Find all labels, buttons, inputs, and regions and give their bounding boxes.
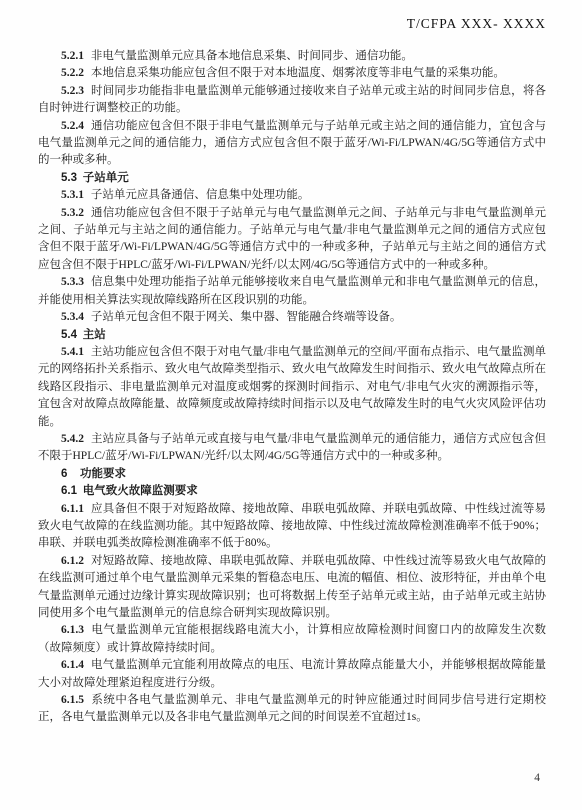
- heading-text: 电气致火故障监测要求: [83, 485, 198, 497]
- clause-text: 电气量监测单元宜能利用故障点的电压、电流计算故障点能量大小，并能够根据故障能量大…: [38, 659, 546, 688]
- document-page: T/CFPA XXX- XXXX 5.2.1非电气量监测单元应具备本地信息采集、…: [0, 0, 582, 810]
- clause-text: 主站功能应包含但不限于对电气量/非电气量监测单元的空间/平面布点指示、电气量监测…: [38, 346, 546, 428]
- heading-number: 5.4: [61, 329, 77, 341]
- clause-number: 5.3.2: [61, 207, 84, 219]
- section-heading-5.3: 5.3子站单元: [38, 170, 546, 187]
- clause-5.3.4: 5.3.4子站单元包含但不限于网关、集中器、智能融合终端等设备。: [38, 309, 546, 326]
- clause-6.1.5: 6.1.5系统中各电气量监测单元、非电气量监测单元的时钟应能通过时间同步信号进行…: [38, 692, 546, 727]
- heading-text: 主站: [83, 329, 106, 341]
- clause-text: 系统中各电气量监测单元、非电气量监测单元的时钟应能通过时间同步信号进行定期校正，…: [38, 694, 546, 723]
- clause-text: 时间同步功能指非电量监测单元能够通过接收来自子站单元或主站的时间同步信息，将各自…: [38, 85, 546, 114]
- chapter-heading-6: 6功能要求: [38, 466, 546, 483]
- clause-5.3.1: 5.3.1子站单元应具备通信、信息集中处理功能。: [38, 187, 546, 204]
- clause-text: 通信功能应包含但不限于非电气量监测单元与子站单元或主站之间的通信能力，宜包含与电…: [38, 120, 546, 167]
- clause-5.4.1: 5.4.1主站功能应包含但不限于对电气量/非电气量监测单元的空间/平面布点指示、…: [38, 344, 546, 431]
- clause-number: 5.2.3: [61, 85, 84, 97]
- clause-6.1.4: 6.1.4电气量监测单元宜能利用故障点的电压、电流计算故障点能量大小，并能够根据…: [38, 657, 546, 692]
- clause-text: 子站单元包含但不限于网关、集中器、智能融合终端等设备。: [91, 311, 402, 323]
- clause-number: 6.1.5: [61, 694, 84, 706]
- clause-6.1.3: 6.1.3电气量监测单元宜能根据线路电流大小，计算相应故障检测时间窗口内的故障发…: [38, 622, 546, 657]
- clause-5.2.4: 5.2.4通信功能应包含但不限于非电气量监测单元与子站单元或主站之间的通信能力，…: [38, 118, 546, 170]
- heading-number: 5.3: [61, 172, 77, 184]
- heading-text: 功能要求: [80, 468, 126, 480]
- clause-5.2.1: 5.2.1非电气量监测单元应具备本地信息采集、时间同步、通信功能。: [38, 48, 546, 65]
- clause-6.1.1: 6.1.1应具备但不限于对短路故障、接地故障、串联电弧故障、并联电弧故障、中性线…: [38, 501, 546, 553]
- heading-number: 6.1: [61, 485, 77, 497]
- clause-number: 5.3.1: [61, 189, 84, 201]
- section-heading-5.4: 5.4主站: [38, 327, 546, 344]
- clause-6.1.2: 6.1.2对短路故障、接地故障、串联电弧故障、并联电弧故障、中性线过流等易致火电…: [38, 553, 546, 623]
- clause-text: 主站应具备与子站单元或直接与电气量/非电气量监测单元的通信能力，通信方式应包含但…: [38, 433, 546, 462]
- clause-number: 5.4.1: [61, 346, 84, 358]
- clause-number: 5.3.4: [61, 311, 84, 323]
- clause-5.3.2: 5.3.2通信功能应包含但不限于子站单元与电气量监测单元之间、子站单元与非电气量…: [38, 205, 546, 275]
- clause-5.2.2: 5.2.2本地信息采集功能应包含但不限于对本地温度、烟雾浓度等非电气量的采集功能…: [38, 65, 546, 82]
- page-number: 4: [534, 772, 540, 784]
- clause-number: 6.1.3: [61, 624, 84, 636]
- clause-text: 电气量监测单元宜能根据线路电流大小，计算相应故障检测时间窗口内的故障发生次数（故…: [38, 624, 546, 653]
- clause-text: 通信功能应包含但不限于子站单元与电气量监测单元之间、子站单元与非电气量监测单元之…: [38, 207, 546, 271]
- clause-number: 5.2.1: [61, 50, 84, 62]
- clause-5.2.3: 5.2.3时间同步功能指非电量监测单元能够通过接收来自子站单元或主站的时间同步信…: [38, 83, 546, 118]
- section-heading-6.1: 6.1电气致火故障监测要求: [38, 483, 546, 500]
- clause-number: 5.3.3: [61, 276, 84, 288]
- clause-number: 6.1.4: [61, 659, 84, 671]
- clause-text: 非电气量监测单元应具备本地信息采集、时间同步、通信功能。: [91, 50, 413, 62]
- clause-number: 5.2.4: [61, 120, 84, 132]
- heading-number: 6: [61, 468, 67, 480]
- clause-5.4.2: 5.4.2主站应具备与子站单元或直接与电气量/非电气量监测单元的通信能力，通信方…: [38, 431, 546, 466]
- clause-text: 子站单元应具备通信、信息集中处理功能。: [91, 189, 310, 201]
- clause-text: 对短路故障、接地故障、串联电弧故障、并联电弧故障、中性线过流等易致火电气故障的在…: [38, 555, 546, 619]
- clause-5.3.3: 5.3.3信息集中处理功能指子站单元能够接收来自电气量监测单元和非电气量监测单元…: [38, 274, 546, 309]
- document-body: 5.2.1非电气量监测单元应具备本地信息采集、时间同步、通信功能。 5.2.2本…: [38, 48, 546, 727]
- document-code-header: T/CFPA XXX- XXXX: [407, 16, 546, 32]
- heading-text: 子站单元: [83, 172, 129, 184]
- clause-text: 信息集中处理功能指子站单元能够接收来自电气量监测单元和非电气量监测单元的信息，并…: [38, 276, 546, 305]
- clause-number: 5.2.2: [61, 67, 84, 79]
- clause-number: 6.1.2: [61, 555, 84, 567]
- clause-text: 应具备但不限于对短路故障、接地故障、串联电弧故障、并联电弧故障、中性线过流等易致…: [38, 503, 546, 550]
- clause-number: 6.1.1: [61, 503, 84, 515]
- clause-text: 本地信息采集功能应包含但不限于对本地温度、烟雾浓度等非电气量的采集功能。: [91, 67, 505, 79]
- clause-number: 5.4.2: [61, 433, 84, 445]
